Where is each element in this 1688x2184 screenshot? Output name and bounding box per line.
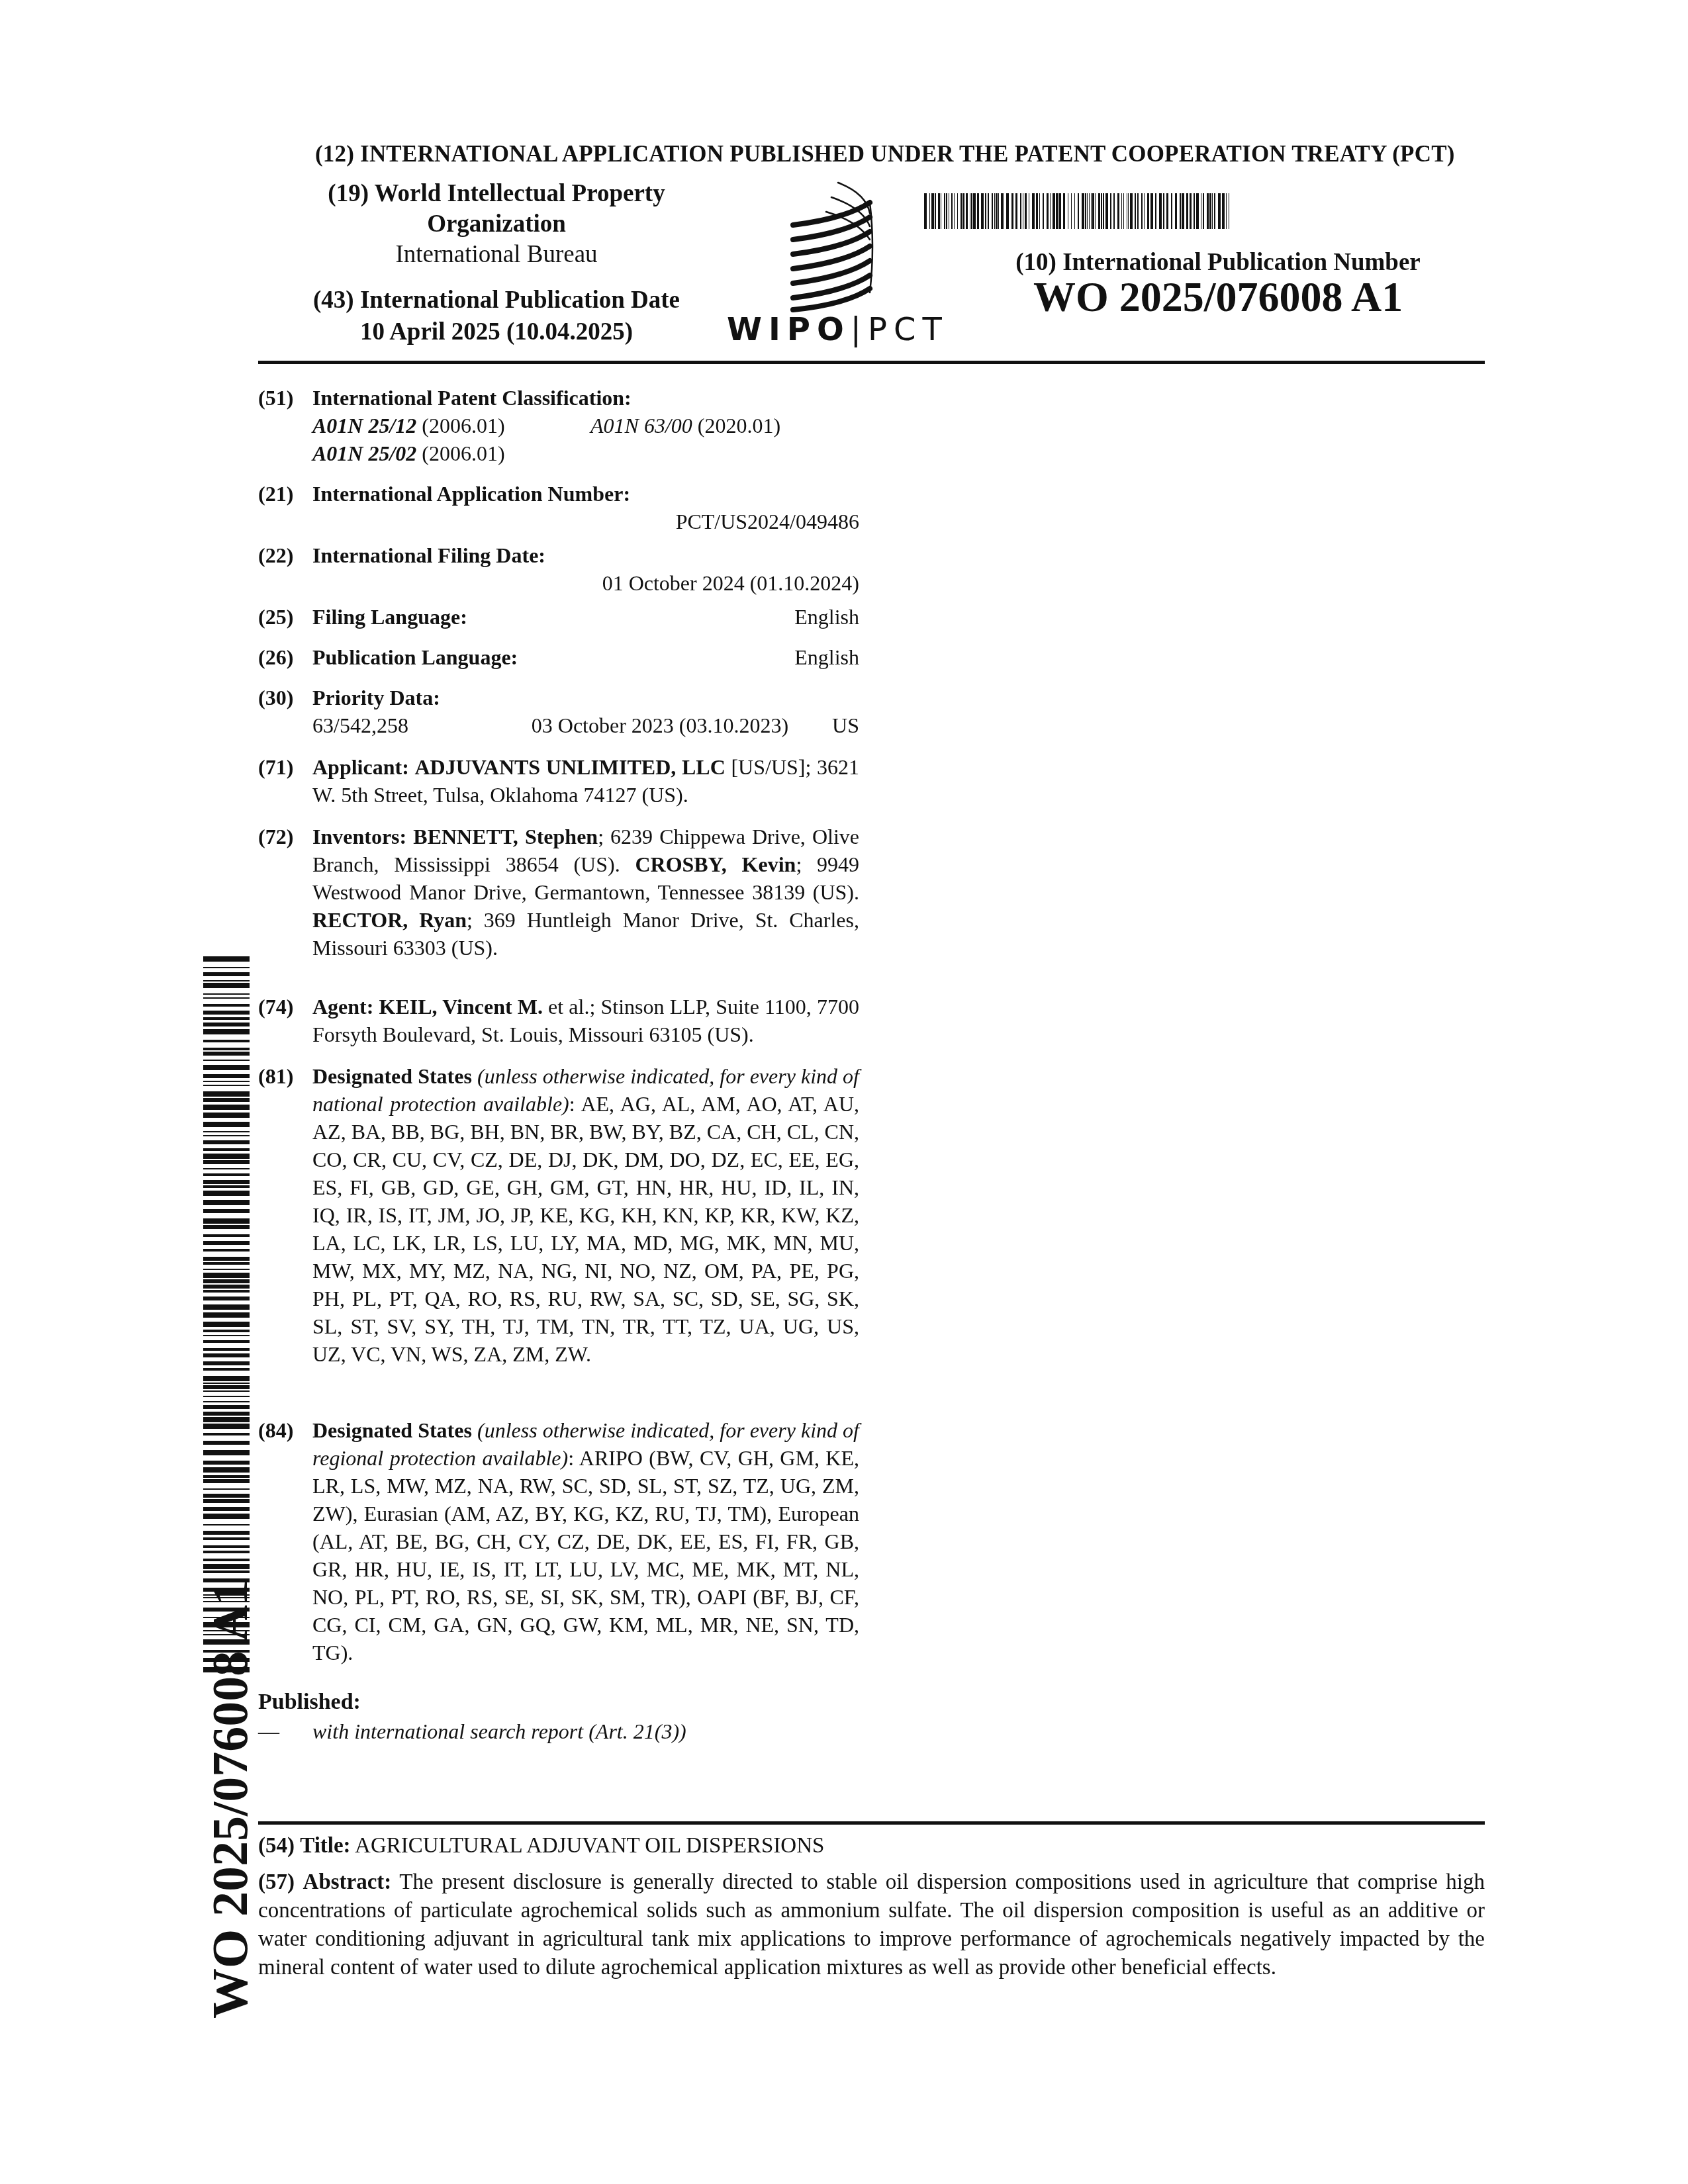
publication-number: WO 2025/076008 A1	[980, 273, 1456, 322]
field-designated-states-national: (81) Designated States (unless otherwise…	[258, 1062, 859, 1368]
field-ipc: (51) International Patent Classification…	[258, 384, 859, 467]
inventor: RECTOR, Ryan; 369 Huntleigh Manor Drive,…	[312, 908, 859, 960]
field-priority-data: (30) Priority Data: 63/542,258 03 Octobe…	[258, 684, 859, 739]
org-bureau: International Bureau	[311, 240, 682, 270]
side-publication-number: WO 2025/076008 A1	[205, 1580, 256, 2019]
filing-language-value: English	[794, 603, 859, 631]
regional-states-list: ARIPO (BW, CV, GH, GM, KE, LR, LS, MW, M…	[312, 1446, 859, 1664]
priority-number: 63/542,258	[312, 711, 408, 739]
applicant-name: ADJUVANTS UNLIMITED, LLC	[414, 755, 725, 779]
abstract: (57) Abstract: The present disclosure is…	[258, 1868, 1485, 1982]
ipc-label: International Patent Classification:	[312, 384, 859, 412]
publication-date-block: (43) International Publication Date 10 A…	[295, 285, 698, 348]
side-barcode	[203, 956, 250, 1673]
abstract-text: The present disclosure is generally dire…	[258, 1870, 1485, 1979]
national-states-list: AE, AG, AL, AM, AO, AT, AU, AZ, BA, BB, …	[312, 1092, 859, 1366]
published-item: —with international search report (Art. …	[258, 1719, 686, 1744]
field-filing-date: (22) International Filing Date: 01 Octob…	[258, 541, 859, 597]
ipc-entry: A01N 25/12 (2006.01)	[312, 412, 590, 439]
field-applicant: (71) Applicant: ADJUVANTS UNLIMITED, LLC…	[258, 753, 859, 809]
header-divider	[258, 361, 1485, 364]
ipc-entry: A01N 63/00 (2020.01)	[590, 412, 780, 439]
org-name-line1: (19) World Intellectual Property	[311, 179, 682, 209]
field-filing-language: (25) Filing Language: English	[258, 603, 859, 631]
title-divider	[258, 1821, 1485, 1825]
application-number-value: PCT/US2024/049486	[312, 508, 859, 535]
document-type-heading: (12) INTERNATIONAL APPLICATION PUBLISHED…	[315, 141, 1467, 167]
patent-title: (54) Title: AGRICULTURAL ADJUVANT OIL DI…	[258, 1834, 824, 1858]
priority-date: 03 October 2023 (03.10.2023)	[532, 711, 788, 739]
field-designated-states-regional: (84) Designated States (unless otherwise…	[258, 1416, 859, 1666]
published-label: Published:	[258, 1690, 361, 1715]
issuing-organization: (19) World Intellectual Property Organiz…	[311, 179, 682, 270]
patent-title-value: AGRICULTURAL ADJUVANT OIL DISPERSIONS	[355, 1834, 824, 1858]
org-name-line2: Organization	[311, 209, 682, 240]
publication-date-label: (43) International Publication Date	[295, 285, 698, 316]
wipo-wordmark: WIPO|PCT	[727, 311, 949, 348]
agent-name: KEIL, Vincent M.	[379, 995, 543, 1019]
publication-language-value: English	[794, 643, 859, 671]
field-application-number: (21) International Application Number: P…	[258, 480, 859, 535]
publication-barcode	[924, 193, 1231, 229]
ipc-entry: A01N 25/02 (2006.01)	[312, 439, 859, 467]
field-agent: (74) Agent: KEIL, Vincent M. et al.; Sti…	[258, 993, 859, 1048]
priority-country: US	[832, 711, 859, 739]
publication-date-value: 10 April 2025 (10.04.2025)	[295, 316, 698, 348]
filing-date-value: 01 October 2024 (01.10.2024)	[312, 569, 859, 597]
field-publication-language: (26) Publication Language: English	[258, 643, 859, 671]
field-inventors: (72) Inventors: BENNETT, Stephen; 6239 C…	[258, 823, 859, 962]
